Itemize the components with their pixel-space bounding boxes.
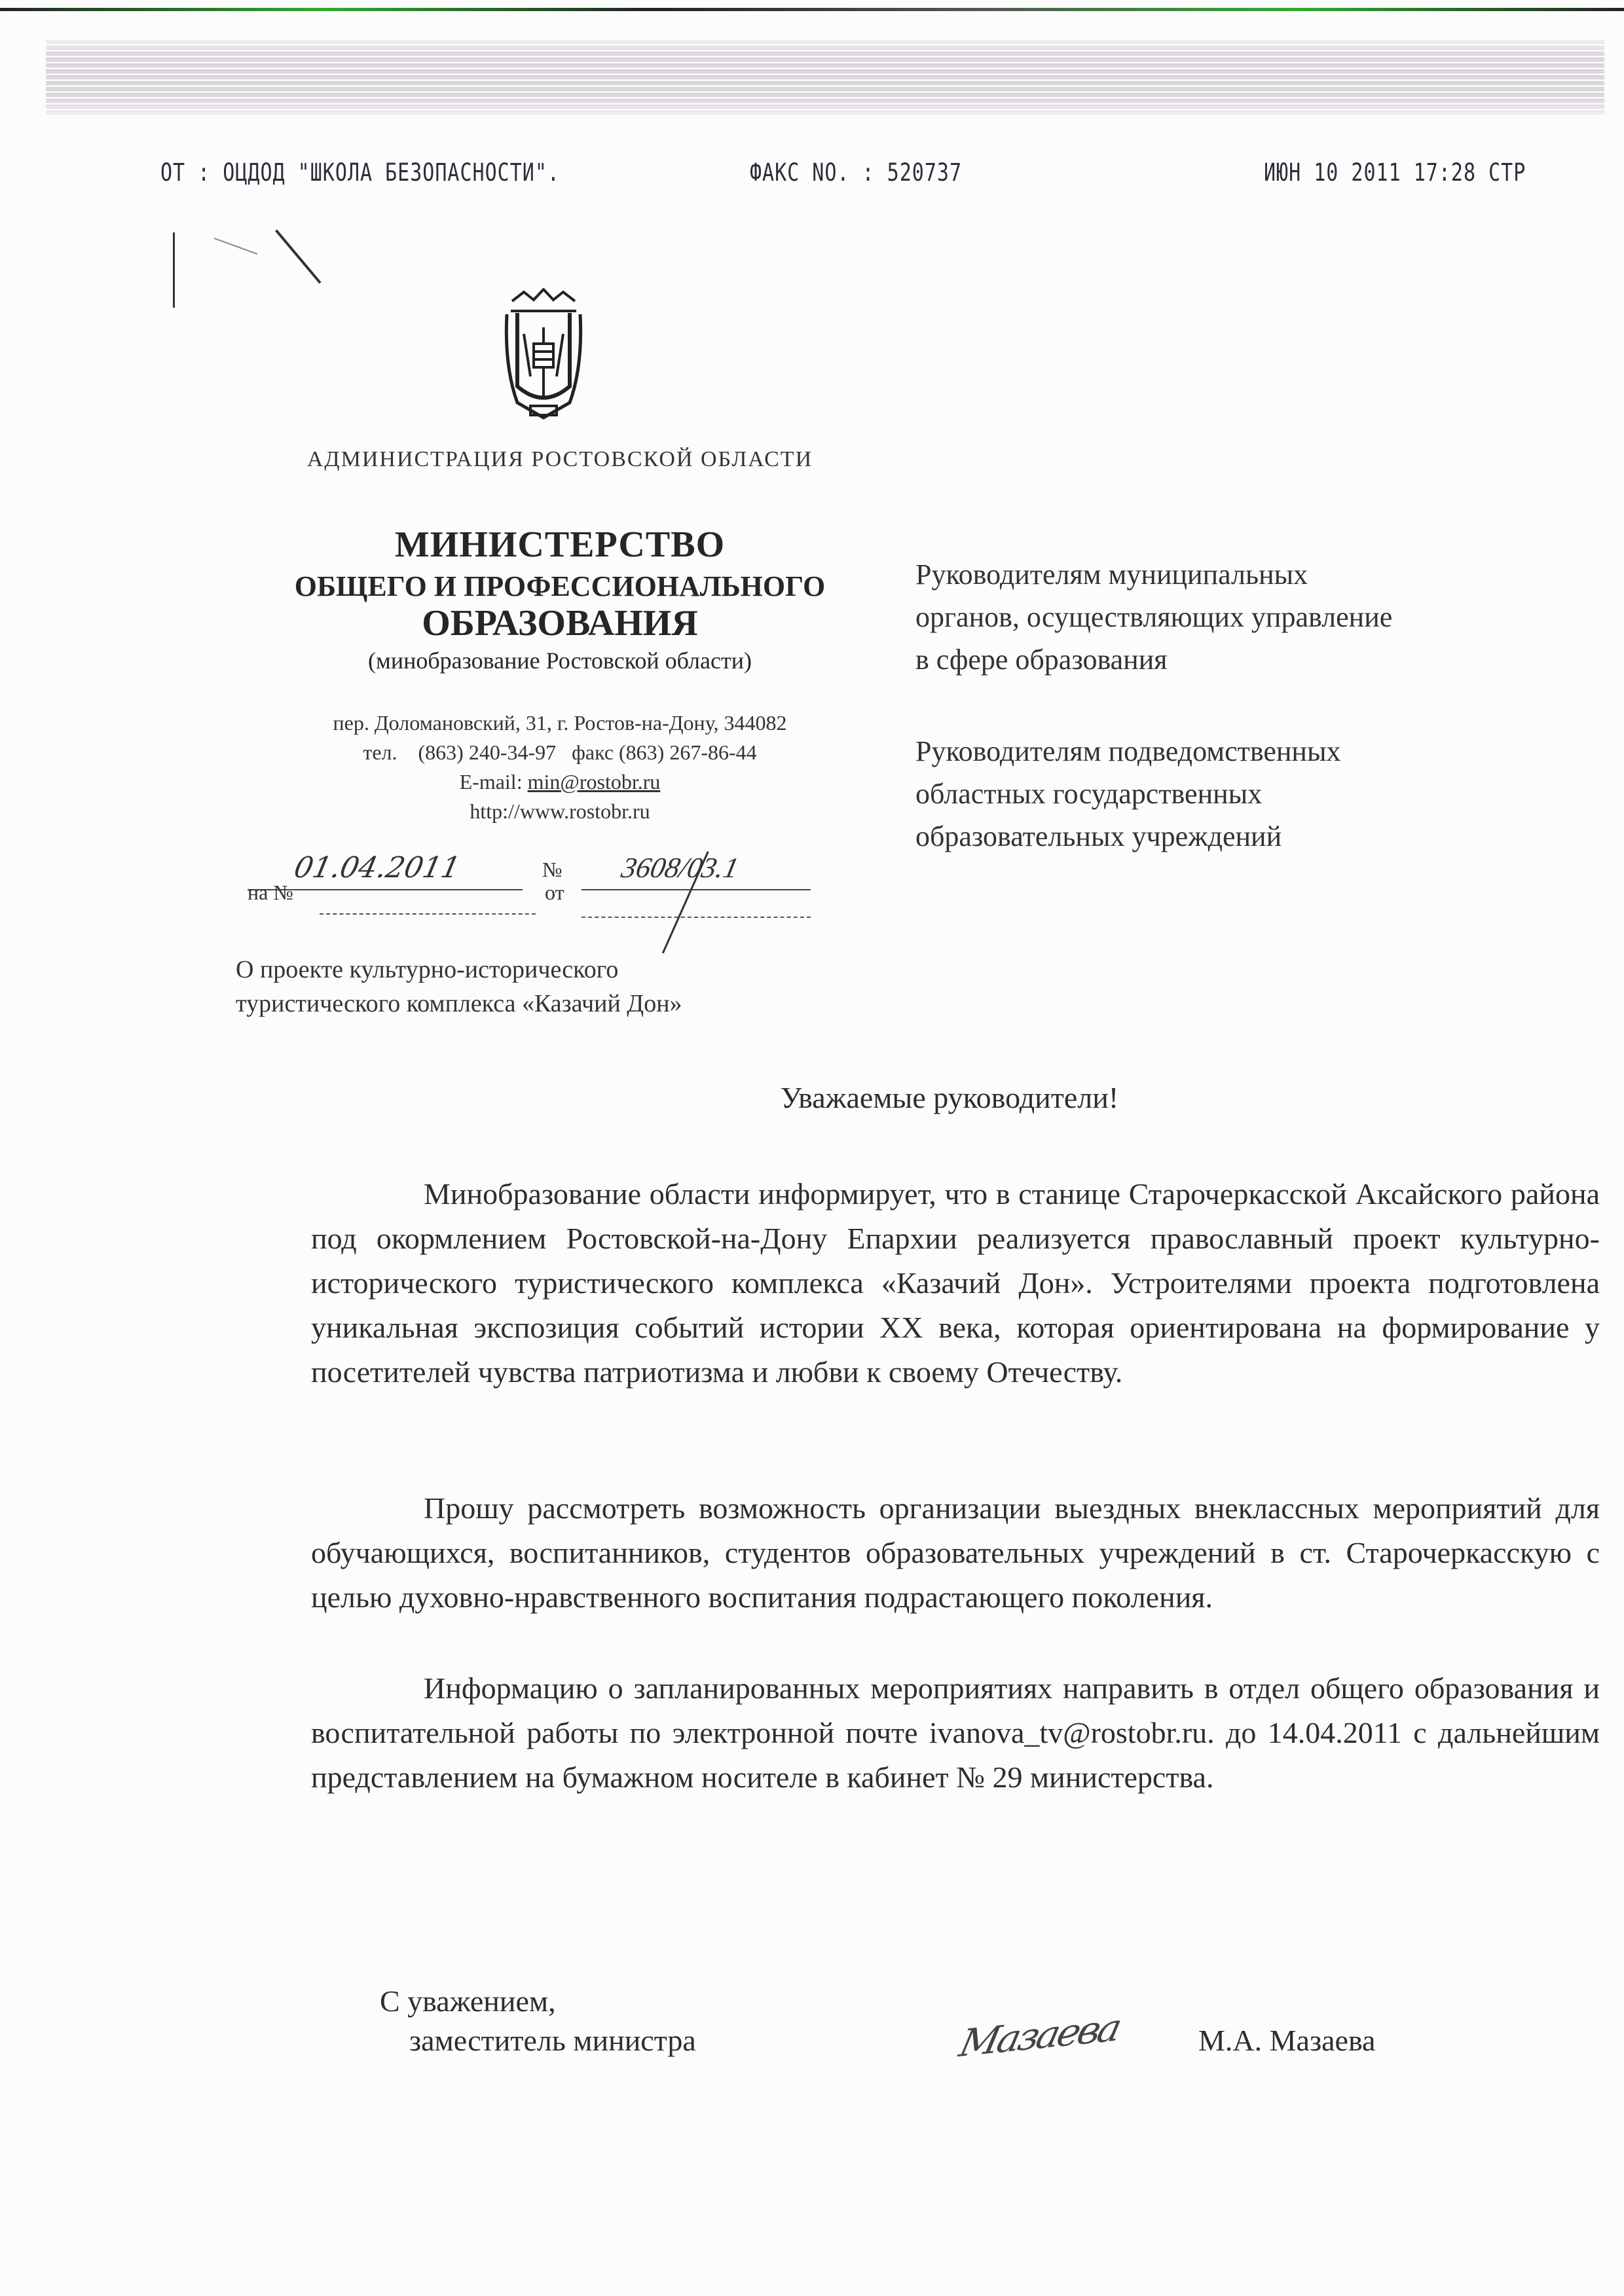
subject-line1: О проекте культурно-исторического bbox=[236, 953, 682, 987]
registration-date: 01.04.2011 bbox=[291, 851, 464, 884]
fax-edge-line bbox=[0, 8, 1624, 11]
paragraph-text: Минобразование области информирует, что … bbox=[311, 1172, 1600, 1394]
recipient-1-line3: в сфере образования bbox=[915, 638, 1392, 681]
paragraph-text: Прошу рассмотреть возможность организаци… bbox=[311, 1486, 1600, 1620]
ministry-title-line2: ОБЩЕГО И ПРОФЕССИОНАЛЬНОГО bbox=[249, 570, 871, 603]
website-link[interactable]: http://www.rostobr.ru bbox=[249, 797, 871, 826]
email-label: E-mail: bbox=[460, 770, 523, 793]
administration-name: АДМИНИСТРАЦИЯ РОСТОВСКОЙ ОБЛАСТИ bbox=[249, 447, 871, 472]
handwritten-signature: Мазаева bbox=[955, 2005, 1123, 2066]
in-reply-from-label: от bbox=[545, 881, 564, 905]
ministry-contacts: пер. Доломановский, 31, г. Ростов-на-Дон… bbox=[249, 708, 871, 826]
ministry-address: пер. Доломановский, 31, г. Ростов-на-Дон… bbox=[249, 708, 871, 738]
letter-subject: О проекте культурно-исторического турист… bbox=[236, 953, 682, 1021]
fax-scan-noise bbox=[46, 39, 1604, 115]
coat-of-arms-icon bbox=[504, 288, 583, 422]
fax-sender: ОТ : ОЦДОД "ШКОЛА БЕЗОПАСНОСТИ". bbox=[160, 158, 560, 187]
salutation: Уважаемые руководители! bbox=[295, 1080, 1604, 1115]
margin-mark-diagonal bbox=[275, 229, 322, 283]
recipient-1-line2: органов, осуществляющих управление bbox=[915, 596, 1392, 638]
closing-regards: С уважением, bbox=[380, 1984, 556, 2018]
body-paragraph-1: Минобразование области информирует, что … bbox=[311, 1172, 1600, 1394]
ministry-title-line1: МИНИСТЕРСТВО bbox=[249, 524, 871, 566]
fax-number-letterhead: (863) 267-86-44 bbox=[619, 740, 757, 764]
fax-transmission-header: ОТ : ОЦДОД "ШКОЛА БЕЗОПАСНОСТИ". ФАКС NO… bbox=[160, 158, 1624, 191]
ministry-email-row: E-mail: min@rostobr.ru bbox=[249, 767, 871, 797]
subject-line2: туристического комплекса «Казачий Дон» bbox=[236, 987, 682, 1021]
paragraph-text: Информацию о запланированных мероприятия… bbox=[311, 1666, 1600, 1800]
in-reply-from-blank bbox=[581, 890, 811, 918]
phone-number: (863) 240-34-97 bbox=[418, 740, 557, 764]
phone-label: тел. bbox=[363, 740, 397, 764]
in-reply-to-blank bbox=[320, 887, 536, 915]
ministry-title-line3: ОБРАЗОВАНИЯ bbox=[249, 602, 871, 644]
email-link[interactable]: min@rostobr.ru bbox=[528, 770, 661, 793]
recipient-2-line1: Руководителям подведомственных bbox=[915, 730, 1341, 773]
signer-name: М.А. Мазаева bbox=[1198, 2023, 1375, 2058]
ministry-short-name: (минобразование Ростовской области) bbox=[249, 647, 871, 674]
margin-mark-vertical bbox=[173, 232, 175, 308]
recipient-1-line1: Руководителям муниципальных bbox=[915, 553, 1392, 596]
fax-label: факс bbox=[572, 740, 614, 764]
reg-number-label: № bbox=[542, 858, 563, 882]
signer-position: заместитель министра bbox=[409, 2023, 696, 2058]
body-paragraph-2: Прошу рассмотреть возможность организаци… bbox=[311, 1486, 1600, 1620]
fax-datetime: ИЮН 10 2011 17:28 СТР bbox=[1264, 158, 1526, 187]
in-reply-to-label: на № bbox=[248, 881, 293, 905]
ministry-phones: тел. (863) 240-34-97 факс (863) 267-86-4… bbox=[249, 738, 871, 767]
fax-number: ФАКС NO. : 520737 bbox=[750, 158, 962, 187]
recipient-block-2: Руководителям подведомственных областных… bbox=[915, 730, 1341, 858]
recipient-2-line2: областных государственных bbox=[915, 773, 1341, 815]
body-paragraph-3: Информацию о запланированных мероприятия… bbox=[311, 1666, 1600, 1800]
recipient-2-line3: образовательных учреждений bbox=[915, 815, 1341, 858]
registration-number: 3608/03.1 bbox=[619, 851, 742, 884]
recipient-block-1: Руководителям муниципальных органов, осу… bbox=[915, 553, 1392, 681]
margin-mark-scribble bbox=[214, 238, 257, 255]
